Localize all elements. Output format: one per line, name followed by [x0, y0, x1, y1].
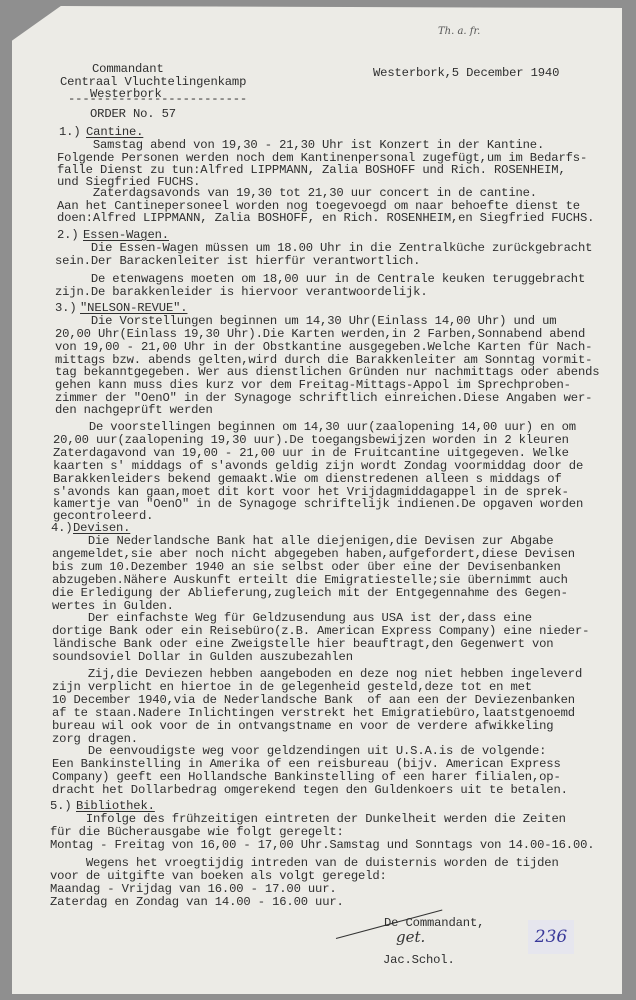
text-line: dracht het Dollarbedrag omgerekend tegen… [52, 784, 568, 797]
signature-handwritten: get. [396, 928, 425, 946]
text-line: doen:Alfred LIPPMANN, Zalia BOSHOFF, en … [57, 212, 594, 225]
text-line: soundsoviel Dollar in Gulden auszubezahl… [52, 651, 353, 664]
text-line: Zaterdag en Zondag van 14.00 - 16.00 uur… [50, 896, 344, 909]
archive-number-stamp: 236 [528, 920, 574, 954]
signature-name: Jac.Schol. [383, 954, 455, 967]
text-line: Montag - Freitag von 16,00 - 17,00 Uhr.S… [50, 839, 594, 852]
text-line: zijn.De barakkenleider is hiervoor veran… [55, 286, 428, 299]
text-line: sein.Der Barackenleiter ist hierfür vera… [55, 255, 420, 268]
text-line: den nachgeprüft werden [55, 404, 213, 417]
order-title: ORDER No. 57 [90, 108, 176, 121]
place-date: Westerbork,5 December 1940 [373, 67, 559, 80]
sender-rule: ------------------------- [68, 93, 247, 106]
handwritten-note: Th. a. fr. [438, 26, 480, 37]
